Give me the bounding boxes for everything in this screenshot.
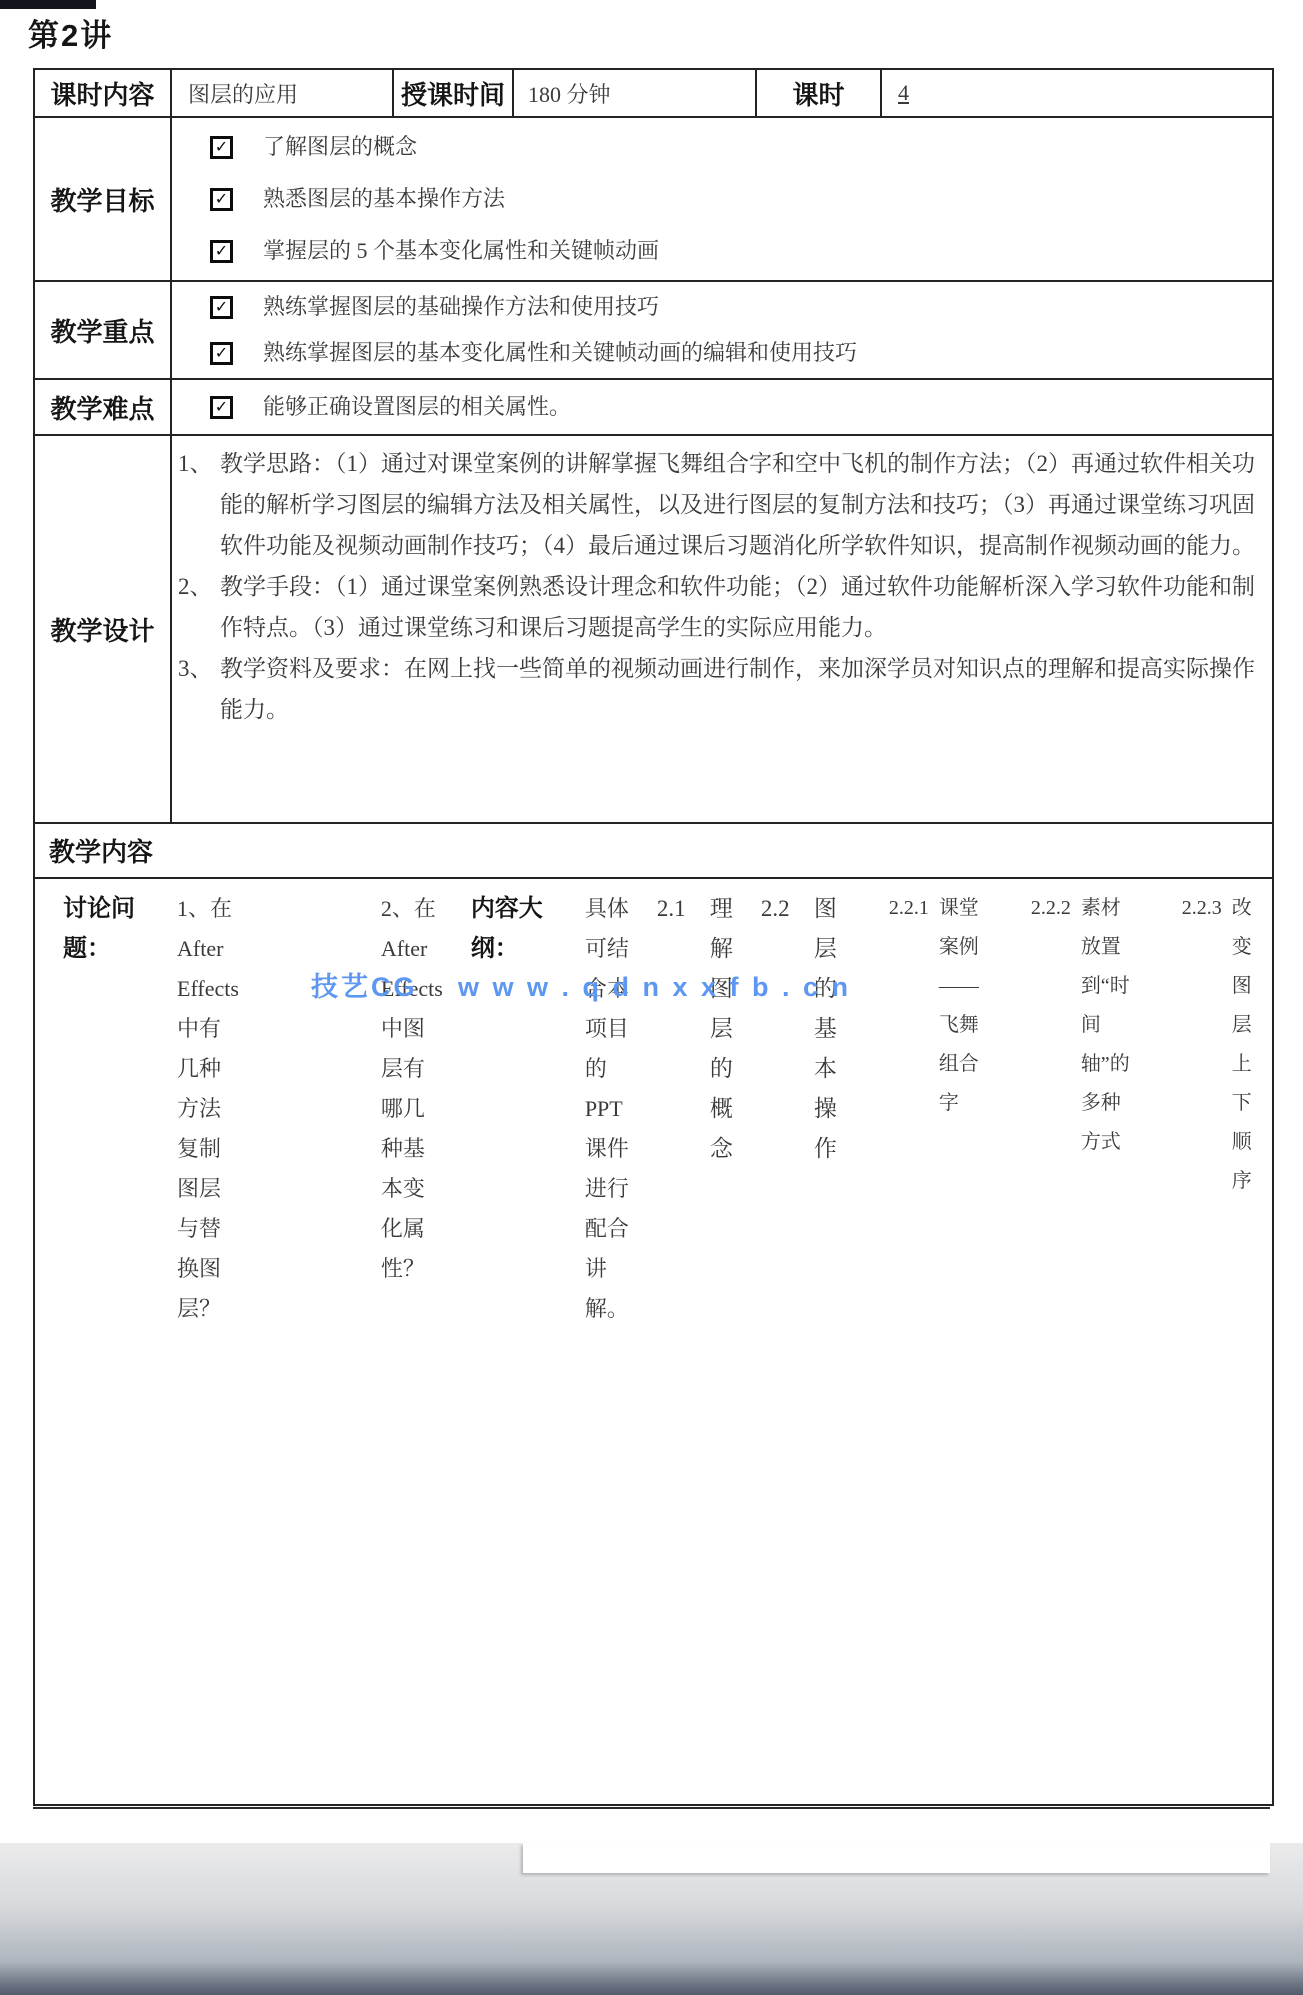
label-class-content: 课时内容 — [35, 70, 172, 116]
checked-checkbox-icon: ✓ — [210, 136, 233, 159]
table-row-content-header: 教学内容 — [35, 822, 1272, 877]
discussion-label: 讨论问题： — [63, 889, 177, 1804]
outline-item: 2.2.2素材放置到“时间轴”的多种方式 — [1031, 889, 1130, 1804]
next-page-corner — [523, 1843, 1270, 1873]
lesson-plan-table: 课时内容 图层的应用 授课时间 180 分钟 课时 4 教学目标 ✓ 了解图层的… — [33, 68, 1274, 1806]
table-row-design: 教学设计 1、 教学思路：（1）通过对课堂案例的讲解掌握飞舞组合字和空中飞机的制… — [35, 434, 1272, 822]
checklist-item-text: 熟悉图层的基本操作方法 — [263, 173, 505, 225]
design-item-text: 教学思路：（1）通过对课堂案例的讲解掌握飞舞组合字和空中飞机的制作方法；（2）再… — [220, 443, 1260, 566]
document-page: 第2讲 课时内容 图层的应用 授课时间 180 分钟 课时 4 教学目标 ✓ 了… — [0, 0, 1303, 1995]
checked-checkbox-icon: ✓ — [210, 342, 233, 365]
table-row-info: 课时内容 图层的应用 授课时间 180 分钟 课时 4 — [35, 70, 1272, 116]
design-item-number: 3、 — [178, 648, 220, 730]
design-item-text: 教学手段：（1）通过课堂案例熟悉设计理念和软件功能；（2）通过软件功能解析深入学… — [220, 566, 1260, 648]
checklist-item: ✓ 熟练掌握图层的基础操作方法和使用技巧 — [210, 284, 1272, 330]
table-bottom-border — [33, 1807, 1270, 1809]
outline-item-text: 图层的基本操作 — [814, 889, 837, 1804]
label-teaching-difficulty: 教学难点 — [35, 380, 172, 434]
label-teaching-goals: 教学目标 — [35, 118, 172, 280]
table-row-content-body: 讨论问题： 1、在 After Effects 中有几种方法复制图层与替换图层？… — [35, 877, 1272, 1804]
outline-item-number: 2.2.1 — [889, 889, 939, 1804]
outline-item-text: 课堂案例——飞舞组合字 — [939, 889, 979, 1804]
outline-item: 2.1理解图层的概念 — [657, 889, 733, 1804]
discussion-question-line: 2、在 After Effects 中图层有哪几种基本变化属性？ — [381, 889, 443, 1804]
table-row-focus: 教学重点 ✓ 熟练掌握图层的基础操作方法和使用技巧 ✓ 熟练掌握图层的基本变化属… — [35, 280, 1272, 378]
outline-item-number: 2.2 — [761, 889, 814, 1804]
discussion-question-line: 讨论问题： 1、在 After Effects 中有几种方法复制图层与替换图层？ — [35, 889, 239, 1804]
design-item-number: 2、 — [178, 566, 220, 648]
outline-item: 2.2.3改变图层上下顺序 — [1182, 889, 1252, 1804]
value-class-content: 图层的应用 — [172, 70, 394, 116]
page-title: 第2讲 — [28, 10, 113, 55]
outline-intro-line: 内容大纲： 具体可结合本项目的 PPT 课件进行配合讲解。 — [443, 889, 629, 1804]
checked-checkbox-icon: ✓ — [210, 296, 233, 319]
checklist-item-text: 了解图层的概念 — [263, 121, 417, 173]
design-item: 3、 教学资料及要求：在网上找一些简单的视频动画进行制作，来加深学员对知识点的理… — [178, 648, 1260, 730]
checked-checkbox-icon: ✓ — [210, 240, 233, 263]
design-item: 2、 教学手段：（1）通过课堂案例熟悉设计理念和软件功能；（2）通过软件功能解析… — [178, 566, 1260, 648]
scan-corner-mark — [0, 0, 96, 9]
outline-label: 内容大纲： — [471, 889, 585, 1804]
checklist-item-text: 熟练掌握图层的基础操作方法和使用技巧 — [263, 284, 659, 330]
design-item-number: 1、 — [178, 443, 220, 566]
checklist-item: ✓ 熟练掌握图层的基本变化属性和关键帧动画的编辑和使用技巧 — [210, 330, 1272, 376]
watermark: 技艺CG w w w . q d n x x f b . c n — [311, 965, 851, 1004]
outline-item-text: 素材放置到“时间轴”的多种方式 — [1081, 889, 1130, 1804]
outline-item-number: 2.1 — [657, 889, 710, 1804]
outline-intro-text: 具体可结合本项目的 PPT 课件进行配合讲解。 — [585, 889, 629, 1804]
outline-item: 2.2.1课堂案例——飞舞组合字 — [889, 889, 979, 1804]
outline-item-text: 理解图层的概念 — [710, 889, 733, 1804]
value-class-hours: 4 — [882, 70, 1272, 116]
checklist-item: ✓ 了解图层的概念 — [210, 121, 1272, 173]
checklist-item-text: 熟练掌握图层的基本变化属性和关键帧动画的编辑和使用技巧 — [263, 330, 857, 376]
outline-item-number: 2.2.3 — [1182, 889, 1232, 1804]
discussion-question-1: 1、在 After Effects 中有几种方法复制图层与替换图层？ — [177, 889, 239, 1804]
checklist-item: ✓ 能够正确设置图层的相关属性。 — [210, 384, 1272, 430]
label-teaching-design: 教学设计 — [35, 436, 172, 822]
outline-item-number: 2.2.2 — [1031, 889, 1081, 1804]
checklist-item-text: 能够正确设置图层的相关属性。 — [263, 384, 571, 430]
design-item: 1、 教学思路：（1）通过对课堂案例的讲解掌握飞舞组合字和空中飞机的制作方法；（… — [178, 443, 1260, 566]
value-teaching-time: 180 分钟 — [514, 70, 757, 116]
content-header: 教学内容 — [49, 832, 153, 869]
checklist-item: ✓ 掌握层的 5 个基本变化属性和关键帧动画 — [210, 225, 1272, 277]
outline-item-text: 改变图层上下顺序 — [1232, 889, 1252, 1804]
checklist-item-text: 掌握层的 5 个基本变化属性和关键帧动画 — [263, 225, 659, 277]
outline-item: 2.2图层的基本操作 — [761, 889, 837, 1804]
discussion-question-2: 2、在 After Effects 中图层有哪几种基本变化属性？ — [381, 889, 443, 1804]
checked-checkbox-icon: ✓ — [210, 396, 233, 419]
label-class-hours: 课时 — [757, 70, 882, 116]
design-item-text: 教学资料及要求：在网上找一些简单的视频动画进行制作，来加深学员对知识点的理解和提… — [220, 648, 1260, 730]
label-teaching-time: 授课时间 — [394, 70, 514, 116]
checked-checkbox-icon: ✓ — [210, 188, 233, 211]
table-row-goals: 教学目标 ✓ 了解图层的概念 ✓ 熟悉图层的基本操作方法 ✓ 掌握层的 5 个基… — [35, 116, 1272, 280]
table-row-difficulty: 教学难点 ✓ 能够正确设置图层的相关属性。 — [35, 378, 1272, 434]
label-teaching-focus: 教学重点 — [35, 282, 172, 378]
checklist-item: ✓ 熟悉图层的基本操作方法 — [210, 173, 1272, 225]
